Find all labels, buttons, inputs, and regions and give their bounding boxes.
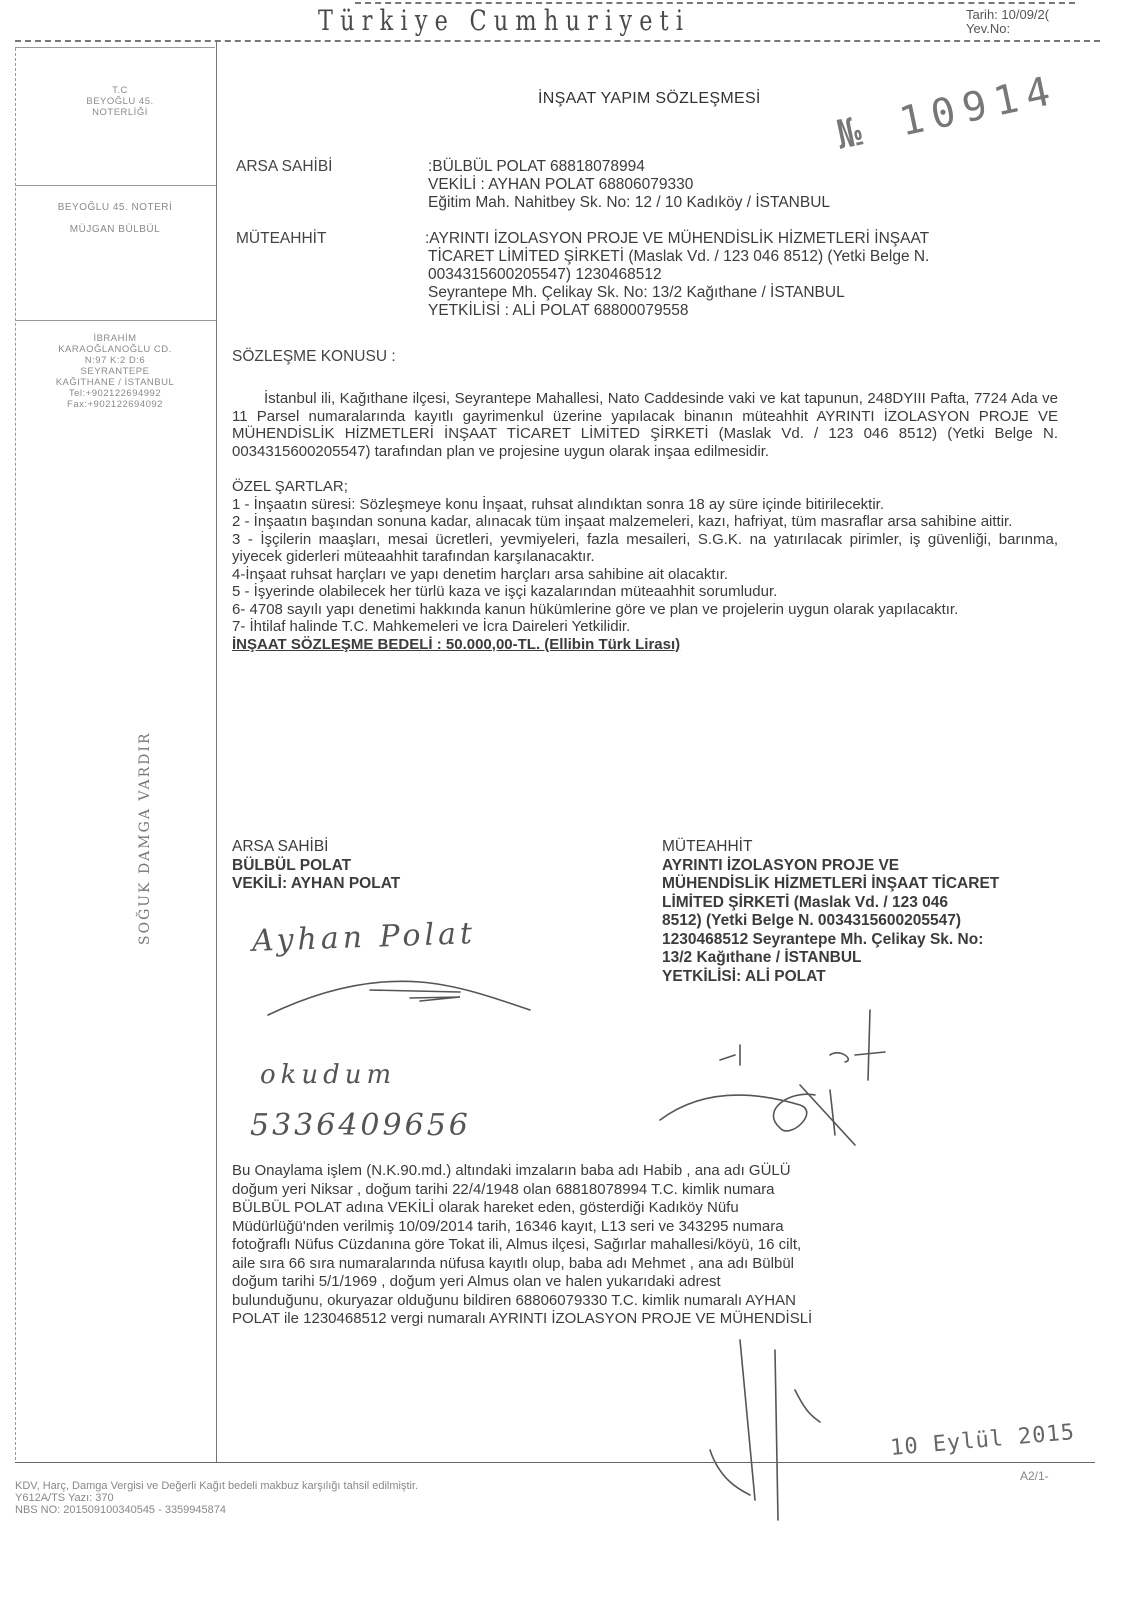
owner-sign-label: ARSA SAHİBİ bbox=[232, 838, 400, 857]
header-meta: Tarih: 10/09/2( Yev.No: bbox=[966, 8, 1049, 36]
stamp-line: SEYRANTEPE bbox=[20, 366, 210, 377]
document-title: İNŞAAT YAPIM SÖZLEŞMESİ bbox=[538, 90, 761, 108]
approval-paragraph: Bu Onaylama işlem (N.K.90.md.) altındaki… bbox=[232, 1162, 1058, 1329]
approval-line: Bu Onaylama işlem (N.K.90.md.) altındaki… bbox=[232, 1162, 1058, 1181]
republic-title: Türkiye Cumhuriyeti bbox=[318, 4, 690, 37]
stamp-separator-2 bbox=[15, 320, 216, 321]
footer-line: NBS NO: 20150910034054​5 - 3359945874 bbox=[15, 1504, 418, 1516]
stamp-line: N:97 K:2 D:6 bbox=[20, 355, 210, 366]
stamp-line: T.C bbox=[40, 85, 200, 96]
contractor-line: TİCARET LİMİTED ŞİRKETİ (Maslak Vd. / 12… bbox=[425, 248, 929, 266]
contractor-sign-line: LİMİTED ŞİRKETİ (Maslak Vd. / 123 046 bbox=[662, 894, 999, 913]
stamp-line: KARAOĞLANOĞLU CD. bbox=[20, 344, 210, 355]
owner-handwritten-name: Ayhan Polat bbox=[251, 916, 476, 959]
special-conditions: ÖZEL ŞARTLAR; 1 - İnşaatın süresi: Sözle… bbox=[232, 478, 1058, 653]
stamp-line: Tel:+902122694992 bbox=[20, 388, 210, 399]
footer-line: Y612A/TS Yazı: 370 bbox=[15, 1492, 418, 1504]
contractor-signature-block: MÜTEAHHİT AYRINTI İZOLASYON PROJE VE MÜH… bbox=[662, 838, 999, 986]
subject-label: SÖZLEŞME KONUSU : bbox=[232, 348, 396, 366]
contractor-line: YETKİLİSİ : ALİ POLAT 68800079558 bbox=[425, 302, 929, 320]
notary-name-stamp: BEYOĞLU 45. NOTERİ MÜJGAN BÜLBÜL bbox=[20, 197, 210, 241]
contractor-sign-label: MÜTEAHHİT bbox=[662, 838, 999, 857]
contractor-label: MÜTEAHHİT bbox=[236, 230, 326, 248]
condition-item: 5 - İşyerinde olabilecek her türlü kaza … bbox=[232, 583, 1058, 601]
approval-line: bulunduğunu, okuryazar olduğunu bildiren… bbox=[232, 1292, 1058, 1311]
stamp-line: İBRAHİM bbox=[20, 333, 210, 344]
header-bottom-rule bbox=[15, 40, 1100, 42]
approval-line: POLAT ile 1230468512 vergi numaralı AYRI… bbox=[232, 1310, 1058, 1329]
stamp-line: NOTERLİĞİ bbox=[40, 107, 200, 118]
approval-line: aile sıra 66 sıra numaralarında nüfusa k… bbox=[232, 1255, 1058, 1274]
contractor-signature bbox=[640, 1000, 920, 1150]
condition-item: 4-İnşaat ruhsat harçları ve yapı denetim… bbox=[232, 566, 1058, 584]
condition-item: 2 - İnşaatın başından sonuna kadar, alın… bbox=[232, 513, 1058, 531]
header-rule-thin bbox=[15, 47, 215, 48]
contractor-sign-line: MÜHENDİSLİK HİZMETLERİ İNŞAAT TİCARET bbox=[662, 875, 999, 894]
contractor-line: Seyrantepe Mh. Çelikay Sk. No: 13/2 Kağı… bbox=[425, 284, 929, 302]
stamp-line: Fax:+902122694092 bbox=[20, 399, 210, 410]
footer-line: KDV, Harç, Damga Vergisi ve Değerli Kağı… bbox=[15, 1480, 418, 1492]
serial-number-stamp: № 10914 bbox=[833, 67, 1062, 159]
stamp-line: BEYOĞLU 45. bbox=[40, 96, 200, 107]
subject-paragraph: İstanbul ili, Kağıthane ilçesi, Seyrante… bbox=[232, 390, 1058, 460]
approval-line: BÜLBÜL POLAT adına VEKİLİ olarak hareket… bbox=[232, 1199, 1058, 1218]
stamp-separator-1 bbox=[15, 185, 216, 186]
contractor-sign-line: AYRINTI İZOLASYON PROJE VE bbox=[662, 857, 999, 876]
subject-text: İstanbul ili, Kağıthane ilçesi, Seyrante… bbox=[232, 390, 1058, 460]
approval-line: doğum yeri Niksar , doğum tarihi 22/4/19… bbox=[232, 1181, 1058, 1200]
special-conditions-label: ÖZEL ŞARTLAR; bbox=[232, 478, 1058, 496]
notary-signature bbox=[700, 1330, 900, 1530]
notary-address-stamp: İBRAHİM KARAOĞLANOĞLU CD. N:97 K:2 D:6 S… bbox=[20, 333, 210, 410]
page-mark: A2/1- bbox=[1020, 1470, 1049, 1482]
owner-label: ARSA SAHİBİ bbox=[236, 158, 332, 176]
owner-details: :BÜLBÜL POLAT 68818078994 VEKİLİ : AYHAN… bbox=[428, 158, 830, 212]
date-label: Tarih: 10/09/2( bbox=[966, 8, 1049, 22]
phone-handwritten: 5336409656 bbox=[250, 1108, 471, 1143]
owner-line: :BÜLBÜL POLAT 68818078994 bbox=[428, 158, 830, 176]
stamp-line: BEYOĞLU 45. NOTERİ bbox=[20, 197, 210, 219]
contractor-line: :AYRINTI İZOLASYON PROJE VE MÜHENDİSLİK … bbox=[425, 230, 929, 248]
contractor-sign-line: 13/2 Kağıthane / İSTANBUL bbox=[662, 949, 999, 968]
stamp-line: KAĞITHANE / İSTANBUL bbox=[20, 377, 210, 388]
condition-item: 7- İhtilaf halinde T.C. Mahkemeleri ve İ… bbox=[232, 618, 1058, 636]
approval-line: doğum tarihi 5/1/1969 , doğum yeri Almus… bbox=[232, 1273, 1058, 1292]
yev-no-label: Yev.No: bbox=[966, 22, 1049, 36]
owner-line: Eğitim Mah. Nahitbey Sk. No: 12 / 10 Kad… bbox=[428, 194, 830, 212]
bottom-rule bbox=[15, 1462, 1095, 1463]
date-stamp: 10 Eylül 2015 bbox=[889, 1420, 1076, 1461]
condition-item: 1 - İnşaatın süresi: Sözleşmeye konu İnş… bbox=[232, 496, 1058, 514]
condition-item: 3 - İşçilerin maaşları, mesai ücretleri,… bbox=[232, 531, 1058, 566]
owner-sign-name: BÜLBÜL POLAT bbox=[232, 857, 400, 876]
dry-seal-vertical-text: SOĞUK DAMGA VARDIR bbox=[137, 732, 153, 945]
contractor-sign-line: 8512) (Yetki Belge N. 0034315600205547) bbox=[662, 912, 999, 931]
condition-item: 6- 4708 sayılı yapı denetimi hakkında ka… bbox=[232, 601, 1058, 619]
stamp-line: MÜJGAN BÜLBÜL bbox=[20, 219, 210, 241]
owner-sign-agent: VEKİLİ: AYHAN POLAT bbox=[232, 875, 400, 894]
contractor-sign-line: YETKİLİSİ: ALİ POLAT bbox=[662, 968, 999, 987]
owner-signature bbox=[260, 970, 540, 1030]
contract-price: İNŞAAT SÖZLEŞME BEDELİ : 50.000,00-TL. (… bbox=[232, 636, 1058, 654]
owner-signature-block: ARSA SAHİBİ BÜLBÜL POLAT VEKİLİ: AYHAN P… bbox=[232, 838, 400, 894]
margin-divider bbox=[216, 42, 217, 1462]
approval-line: Müdürlüğü'nden verilmiş 10/09/2014 tarih… bbox=[232, 1218, 1058, 1237]
contractor-details: :AYRINTI İZOLASYON PROJE VE MÜHENDİSLİK … bbox=[425, 230, 929, 320]
left-margin-border bbox=[15, 48, 16, 1460]
footer-notes: KDV, Harç, Damga Vergisi ve Değerli Kağı… bbox=[15, 1480, 418, 1516]
approval-line: fotoğraflı Nüfus Cüzdanına göre Tokat il… bbox=[232, 1236, 1058, 1255]
owner-line: VEKİLİ : AYHAN POLAT 68806079330 bbox=[428, 176, 830, 194]
contractor-sign-line: 1230468512 Seyrantepe Mh. Çelikay Sk. No… bbox=[662, 931, 999, 950]
read-note-handwritten: okudum bbox=[260, 1060, 396, 1090]
contractor-line: 0034315600205547) 1230468512 bbox=[425, 266, 929, 284]
notary-seal-top: T.C BEYOĞLU 45. NOTERLİĞİ bbox=[40, 85, 200, 118]
